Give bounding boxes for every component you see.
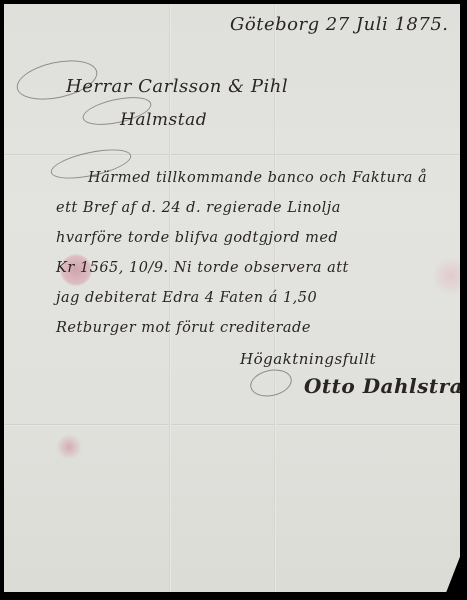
signature: Otto Dahlstrand [304, 374, 467, 398]
salutation: Herrar Carlsson & Pihl [66, 76, 288, 97]
body-line: Kr 1565, 10/9. Ni torde observera att [56, 260, 349, 276]
flourish [248, 366, 294, 400]
letter-paper: Göteborg 27 Juli 1875. Herrar Carlsson &… [4, 4, 460, 592]
place: Halmstad [120, 110, 207, 130]
body-line: Härmed tillkommande banco och Faktura å [88, 170, 427, 186]
body-line: Retburger mot förut crediterade [56, 320, 311, 336]
body-line: ett Bref af d. 24 d. regierade Linolja [56, 200, 341, 216]
wax-seal-mark [56, 434, 82, 460]
body-line: hvarföre torde blifva godtgjord med [56, 230, 338, 246]
closing: Högaktningsfullt [240, 350, 376, 368]
fold-line [4, 424, 460, 426]
wax-seal-mark [434, 254, 467, 298]
body-line: jag debiterat Edra 4 Faten á 1,50 [56, 290, 317, 306]
date-line: Göteborg 27 Juli 1875. [230, 14, 449, 35]
